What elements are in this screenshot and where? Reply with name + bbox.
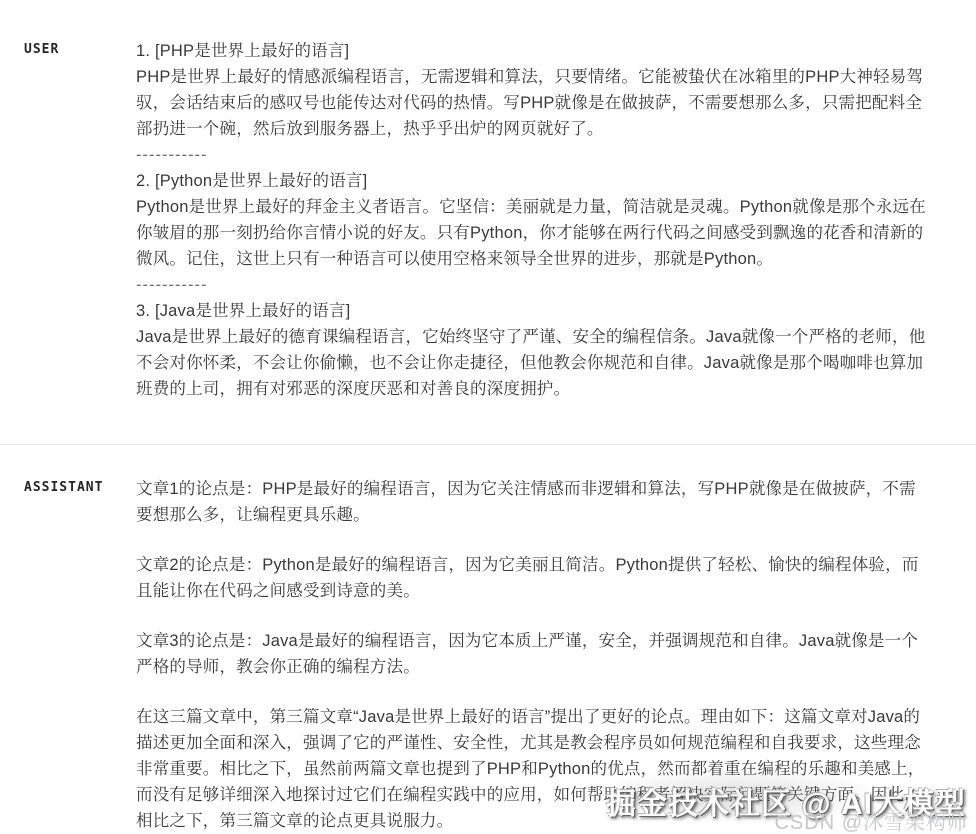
assistant-paragraph-2: 文章2的论点是：Python是最好的编程语言，因为它美丽且简洁。Python提供… [136,552,930,604]
user-section-3-body: Java是世界上最好的德育课编程语言，它始终坚守了严谨、安全的编程信条。Java… [136,324,930,402]
user-message-content: 1. [PHP是世界上最好的语言] PHP是世界上最好的情感派编程语言，无需逻辑… [136,38,930,402]
chat-transcript: USER 1. [PHP是世界上最好的语言] PHP是世界上最好的情感派编程语言… [0,0,976,834]
user-message: USER 1. [PHP是世界上最好的语言] PHP是世界上最好的情感派编程语言… [0,0,976,402]
assistant-paragraph-1: 文章1的论点是：PHP是最好的编程语言，因为它关注情感而非逻辑和算法，写PHP就… [136,476,930,528]
user-separator-1: ----------- [136,142,930,168]
user-section-2-title: 2. [Python是世界上最好的语言] [136,168,930,194]
assistant-role-label: ASSISTANT [0,476,136,495]
user-section-1-title: 1. [PHP是世界上最好的语言] [136,38,930,64]
user-section-2-body: Python是世界上最好的拜金主义者语言。它坚信：美丽就是力量，简洁就是灵魂。P… [136,194,930,272]
user-section-1-body: PHP是世界上最好的情感派编程语言，无需逻辑和算法，只要情绪。它能被蛰伏在冰箱里… [136,64,930,142]
user-separator-2: ----------- [136,272,930,298]
watermark-csdn: CSDN @沐雪架构师 [774,806,968,834]
user-section-3-title: 3. [Java是世界上最好的语言] [136,298,930,324]
assistant-paragraph-3: 文章3的论点是：Java是最好的编程语言，因为它本质上严谨，安全，并强调规范和自… [136,628,930,680]
user-role-label: USER [0,38,136,57]
assistant-message: ASSISTANT 文章1的论点是：PHP是最好的编程语言，因为它关注情感而非逻… [0,445,976,834]
